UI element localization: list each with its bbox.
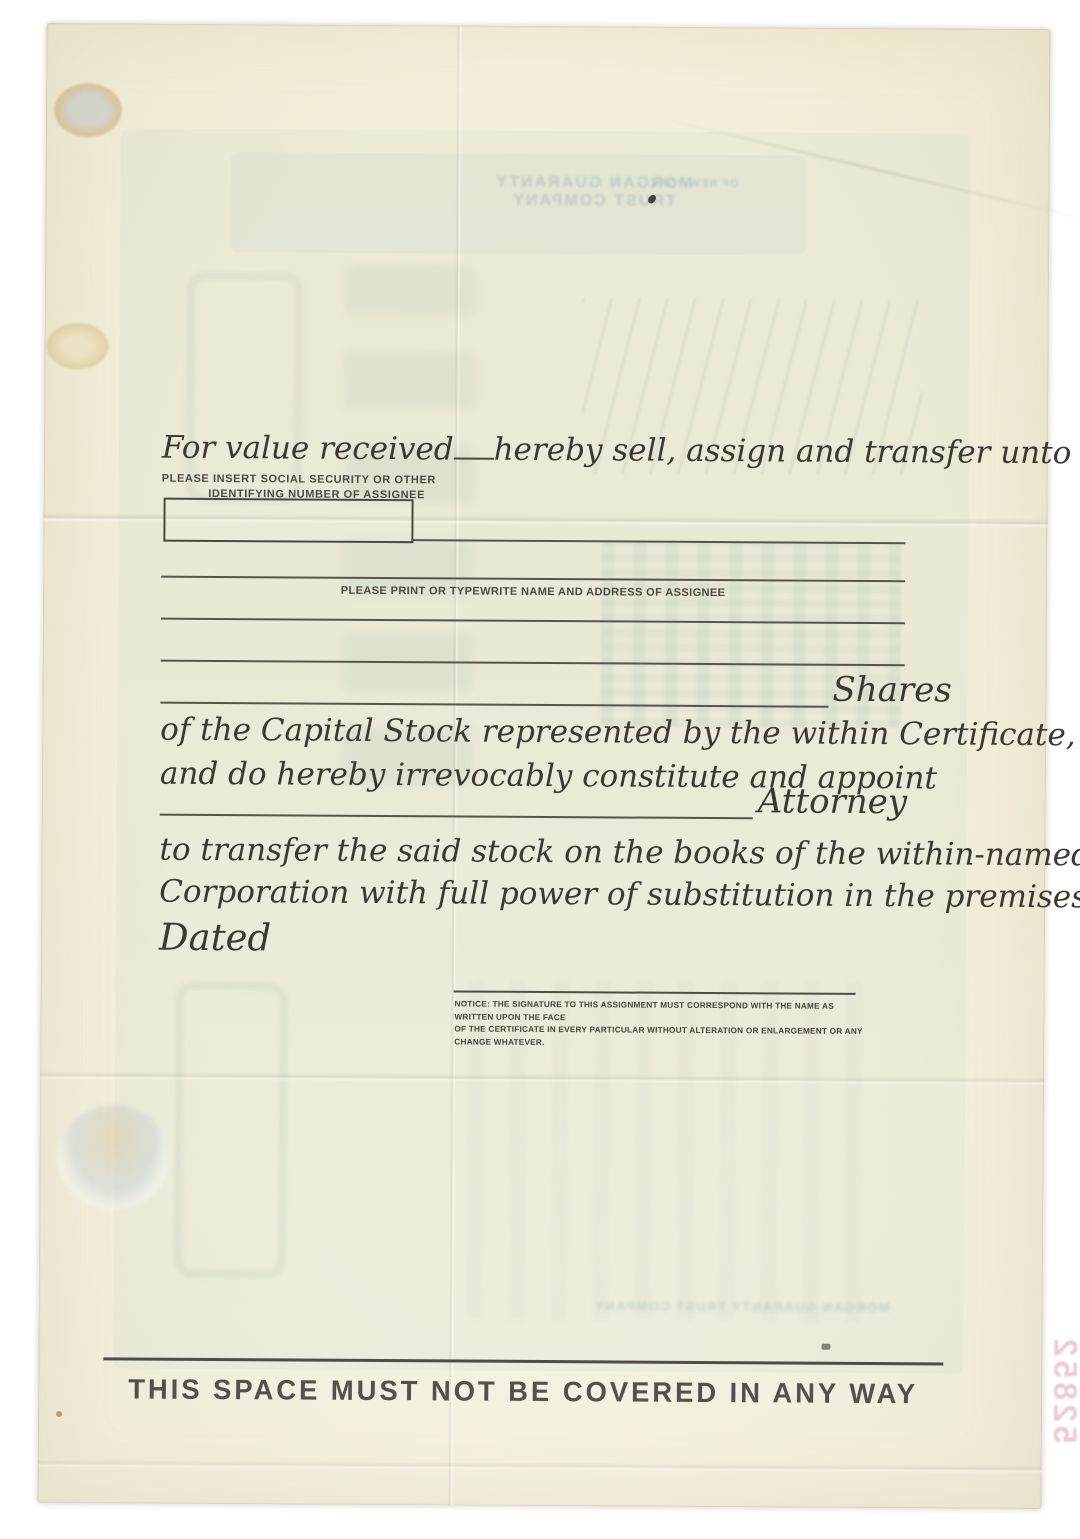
footer-warning: THIS SPACE MUST NOT BE COVERED IN ANY WA… xyxy=(111,1373,934,1410)
stain-left-edge xyxy=(46,323,108,369)
fold-crease-bottom xyxy=(38,1459,1042,1474)
body-line-4: Corporation with full power of substitut… xyxy=(159,874,1080,916)
body-line-1: of the Capital Stock represented by the … xyxy=(160,712,1076,754)
ghost-border-ornament-upper xyxy=(186,272,303,504)
dated-label: Dated xyxy=(159,916,271,960)
assignor-name-blank[interactable] xyxy=(454,457,494,459)
ghost-bank-name-mirrored: MORGAN GUARANTY TRUST COMPANY OF NEW YOR… xyxy=(494,174,894,191)
ghost-border-ornament-lower xyxy=(174,982,288,1279)
ink-speck xyxy=(56,1411,62,1417)
ghost-bank-name: MORGAN GUARANTY TRUST COMPANY xyxy=(493,174,693,211)
attorney-label: Attorney xyxy=(758,781,907,822)
stain-top-left xyxy=(54,83,122,137)
stain-bottom-left xyxy=(57,1105,170,1210)
certificate-back-sheet: MORGAN GUARANTY TRUST COMPANY OF NEW YOR… xyxy=(37,23,1050,1509)
signature-notice-line1: NOTICE: THE SIGNATURE TO THIS ASSIGNMENT… xyxy=(454,998,864,1026)
ghost-serial-number: 52852 xyxy=(1043,1314,1080,1464)
ghost-bank-name-bottom: MORGAN GUARANTY TRUST COMPANY xyxy=(542,1298,942,1315)
signature-notice: NOTICE: THE SIGNATURE TO THIS ASSIGNMENT… xyxy=(454,998,864,1051)
signature-notice-line2: OF THE CERTIFICATE IN EVERY PARTICULAR W… xyxy=(454,1024,864,1052)
assignee-id-box[interactable] xyxy=(163,498,413,544)
shares-label: Shares xyxy=(832,670,952,711)
opening-text-left: For value received xyxy=(162,430,454,468)
opening-text-right: hereby sell, assign and transfer unto xyxy=(494,432,1072,472)
body-line-3: to transfer the said stock on the books … xyxy=(159,832,1080,874)
opening-sentence: For value received hereby sell, assign a… xyxy=(162,430,1072,472)
ink-speck xyxy=(821,1344,830,1350)
